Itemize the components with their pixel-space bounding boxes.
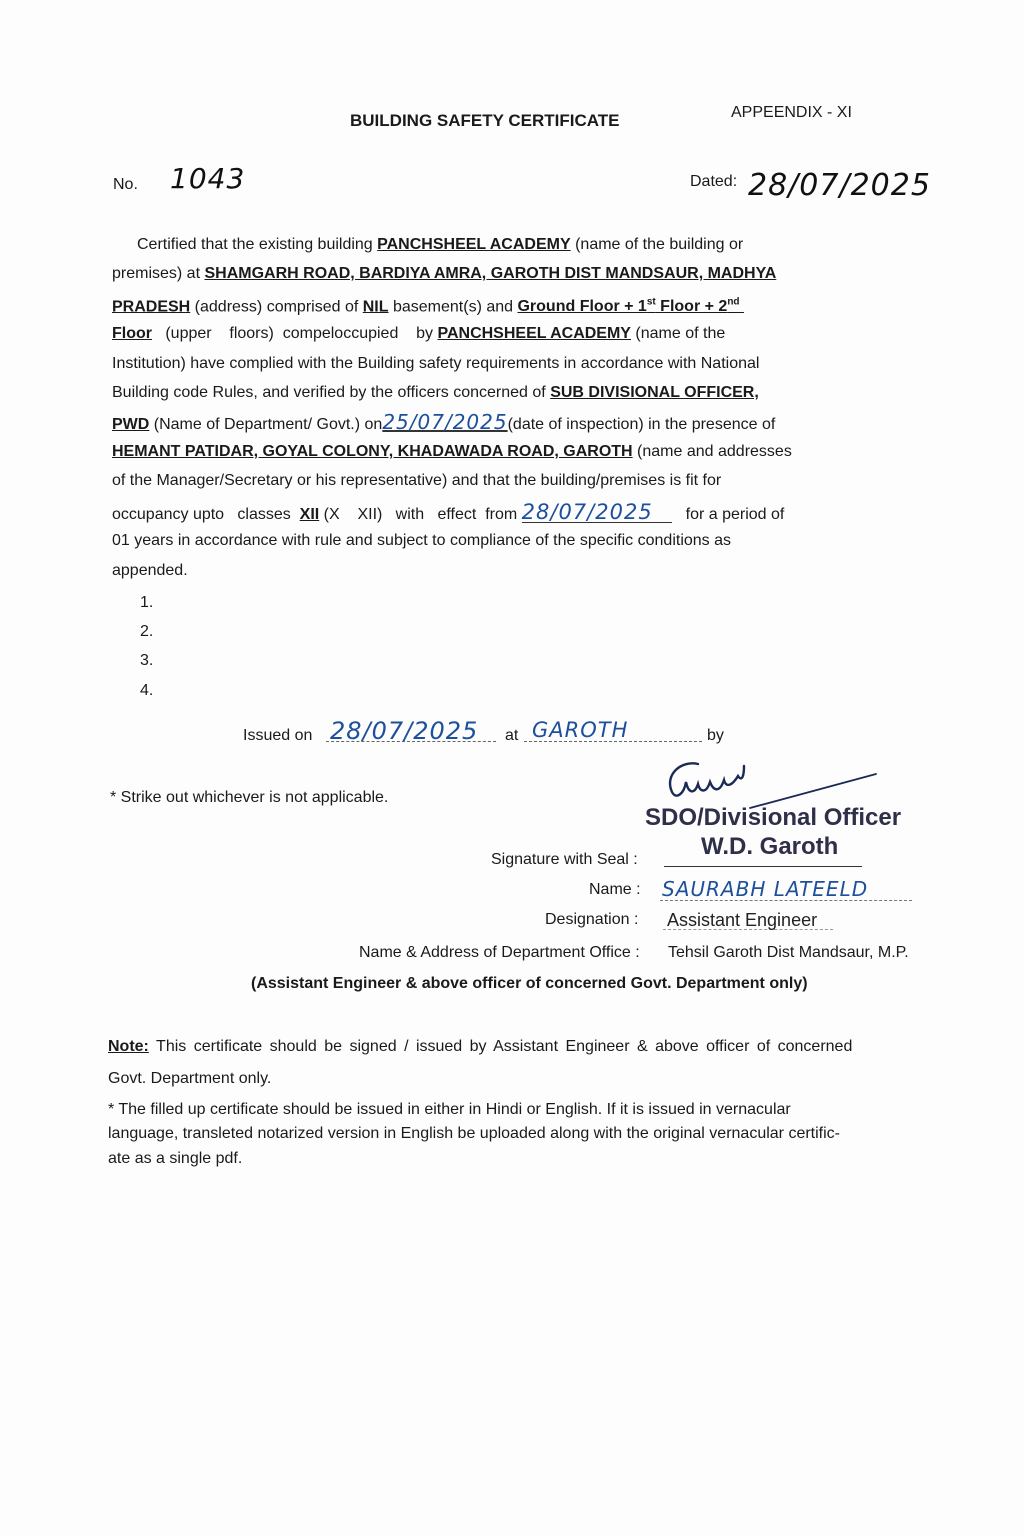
- condition-4: 4.: [140, 682, 153, 700]
- body-line-2: premises) at SHAMGARH ROAD, BARDIYA AMRA…: [112, 264, 776, 284]
- floors-value: Ground Floor + 1st Floor + 2nd: [517, 298, 744, 315]
- name-value: SAURABH LATEELD: [662, 877, 868, 901]
- building-name: PANCHSHEEL ACADEMY: [377, 236, 571, 253]
- appendix-label: APPEENDIX - XI: [731, 104, 852, 122]
- body-line-4: Floor (upper floors) compeloccupied by P…: [112, 324, 725, 344]
- star-note-line-3: ate as a single pdf.: [108, 1150, 242, 1168]
- issued-by-label: by: [707, 727, 724, 745]
- body-line-6: Building code Rules, and verified by the…: [112, 383, 759, 403]
- seal-line-1: SDO/Divisional Officer: [645, 804, 901, 832]
- office-value: Tehsil Garoth Dist Mandsaur, M.P.: [668, 944, 909, 962]
- issued-on-label: Issued on: [243, 727, 312, 745]
- note-line-1: Note: This certificate should be signed …: [108, 1038, 852, 1056]
- body-line-8: HEMANT PATIDAR, GOYAL COLONY, KHADAWADA …: [112, 442, 792, 462]
- number-label: No.: [113, 176, 138, 194]
- note-label: Note:: [108, 1038, 149, 1055]
- body-line-1: Certified that the existing building PAN…: [137, 235, 743, 255]
- signature-scribble-icon: [660, 752, 890, 812]
- certificate-number: 1043: [170, 162, 245, 195]
- name-label: Name :: [589, 881, 641, 899]
- inspection-date: 25/07/2025: [382, 410, 507, 434]
- representative-name: HEMANT PATIDAR, GOYAL COLONY, KHADAWADA …: [112, 443, 633, 460]
- issued-at-label: at: [505, 727, 518, 745]
- dated-label: Dated:: [690, 173, 737, 191]
- body-line-11: 01 years in accordance with rule and sub…: [112, 531, 731, 551]
- department-name: SUB DIVISIONAL OFFICER,: [550, 384, 759, 401]
- authority-note: (Assistant Engineer & above officer of c…: [251, 975, 808, 993]
- star-note-line-2: language, transleted notarized version i…: [108, 1125, 840, 1143]
- body-line-3: PRADESH (address) comprised of NIL basem…: [112, 293, 744, 317]
- body-line-9: of the Manager/Secretary or his represen…: [112, 471, 721, 491]
- body-line-10: occupancy upto classes XII (X XII) with …: [112, 502, 784, 525]
- body-line-7: PWD (Name of Department/ Govt.) on25/07/…: [112, 412, 775, 435]
- certificate-title: BUILDING SAFETY CERTIFICATE: [350, 111, 620, 131]
- building-address: SHAMGARH ROAD, BARDIYA AMRA, GAROTH DIST…: [204, 265, 776, 282]
- strike-out-note: * Strike out whichever is not applicable…: [110, 789, 388, 807]
- certificate-page: BUILDING SAFETY CERTIFICATE APPEENDIX - …: [0, 0, 1024, 1536]
- dated-value: 28/07/2025: [748, 168, 931, 203]
- condition-1: 1.: [140, 594, 153, 612]
- effect-date: 28/07/2025: [522, 502, 672, 523]
- issued-at-place: GAROTH: [532, 718, 628, 742]
- note-line-2: Govt. Department only.: [108, 1070, 271, 1088]
- star-note-line-1: * The filled up certificate should be is…: [108, 1101, 791, 1119]
- seal-line-2: W.D. Garoth: [701, 833, 838, 861]
- signature-label: Signature with Seal :: [491, 851, 638, 869]
- body-line-12: appended.: [112, 561, 188, 581]
- signature-line: [664, 866, 862, 867]
- classes-value: XII: [300, 506, 320, 523]
- issued-on-date: 28/07/2025: [330, 717, 478, 745]
- occupant-name: PANCHSHEEL ACADEMY: [437, 325, 631, 342]
- office-label: Name & Address of Department Office :: [359, 944, 640, 962]
- condition-3: 3.: [140, 652, 153, 670]
- basements-value: NIL: [363, 298, 389, 315]
- designation-label: Designation :: [545, 911, 638, 929]
- designation-value: Assistant Engineer: [667, 910, 817, 931]
- body-line-5: Institution) have complied with the Buil…: [112, 354, 759, 374]
- condition-2: 2.: [140, 623, 153, 641]
